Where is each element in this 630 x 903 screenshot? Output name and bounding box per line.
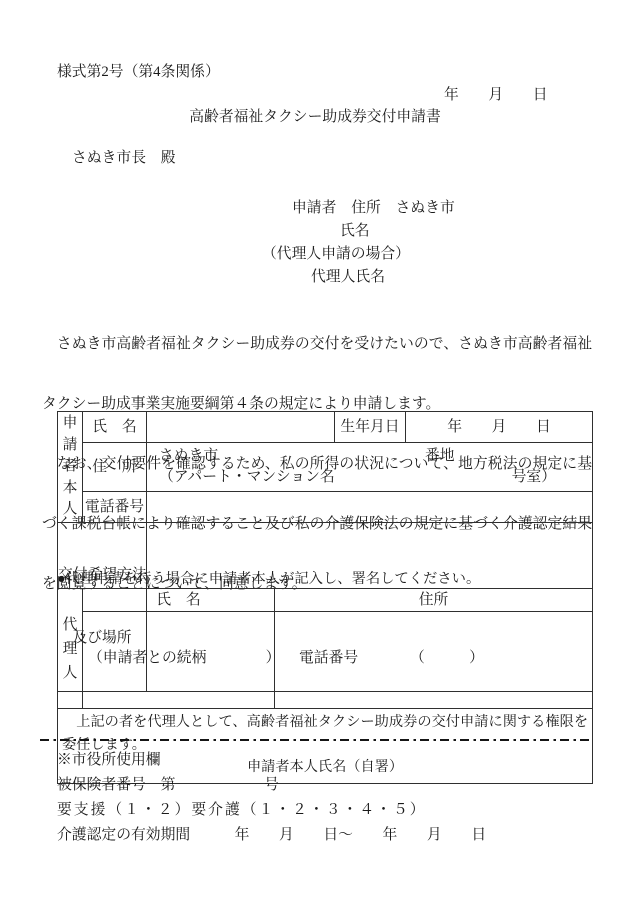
form-number: 様式第2号（第4条関係）	[57, 63, 220, 81]
address-room-label: 号室）	[512, 467, 556, 488]
applicant-address-line: 申請者 住所 さぬき市	[292, 199, 455, 217]
field-applicant-phone[interactable]	[147, 492, 593, 523]
validity-period-line: 介護認定の有効期間 年 月 日～ 年 月 日	[57, 825, 486, 845]
applicant-side-label-cell: 申請者本人	[58, 412, 83, 523]
proxy-address-header: 住所	[275, 589, 593, 612]
dash-dot-divider	[40, 739, 593, 741]
name-label: 氏 名	[83, 412, 147, 443]
addressee-mayor: さぬき市長 殿	[72, 149, 176, 167]
proxy-side-label-cell: 代理人	[58, 589, 83, 709]
care-level-line: 要支援（１・２）要介護（１・２・３・４・５）	[57, 800, 427, 820]
birthdate-label: 生年月日	[335, 412, 406, 443]
field-proxy-name[interactable]: （申請者との続柄 ）	[83, 612, 275, 709]
address-line-1: さぬき市番地	[147, 443, 592, 467]
field-applicant-name[interactable]	[147, 412, 335, 443]
proxy-name-header: 氏 名	[83, 589, 275, 612]
proxy-phone-label: 電話番号 （ ）	[299, 649, 592, 667]
consent-line: 上記の者を代理人として、高齢者福祉タクシー助成券の交付申請に関する権限を	[62, 711, 588, 734]
phone-label: 電話番号	[83, 492, 147, 523]
birthdate-value[interactable]: 年 月 日	[406, 412, 593, 443]
address-city: さぬき市	[159, 448, 218, 464]
proxy-case-note: （代理人申請の場合）	[262, 245, 410, 263]
delegation-consent-cell: 上記の者を代理人として、高齢者福祉タクシー助成券の交付申請に関する権限を 委任し…	[58, 709, 593, 784]
address-line-2: （アパート・マンション名号室）	[147, 467, 592, 488]
paragraph-line: さぬき市高齢者福祉タクシー助成券の交付を受けたいので、さぬき市高齢者福祉	[42, 333, 592, 356]
applicant-side-label: 申請者本人	[62, 413, 78, 521]
address-label: 住 所	[83, 443, 147, 492]
address-apartment-label: （アパート・マンション名	[159, 467, 335, 488]
proxy-side-label: 代理人	[62, 613, 78, 685]
applicant-name-line: 氏名	[340, 222, 370, 240]
field-applicant-address[interactable]: さぬき市番地 （アパート・マンション名号室）	[147, 443, 593, 492]
proxy-relation-label: （申請者との続柄 ）	[88, 649, 274, 667]
application-form-page: 様式第2号（第4条関係） 年 月 日 高齢者福祉タクシー助成券交付申請書 さぬき…	[0, 0, 630, 903]
address-banchi-label: 番地	[425, 446, 455, 467]
insured-number-line: 被保険者番号 第 号	[57, 775, 279, 795]
office-use-heading: ※市役所使用欄	[57, 750, 161, 770]
field-proxy-address[interactable]: 電話番号 （ ）	[275, 612, 593, 709]
proxy-instruction-note: ●代理申請を行う場合に申請者本人が記入し、署名してください。	[57, 571, 480, 589]
date-line: 年 月 日	[444, 86, 548, 104]
page-title: 高齢者福祉タクシー助成券交付申請書	[0, 108, 630, 126]
proxy-name-line: 代理人氏名	[311, 268, 385, 286]
